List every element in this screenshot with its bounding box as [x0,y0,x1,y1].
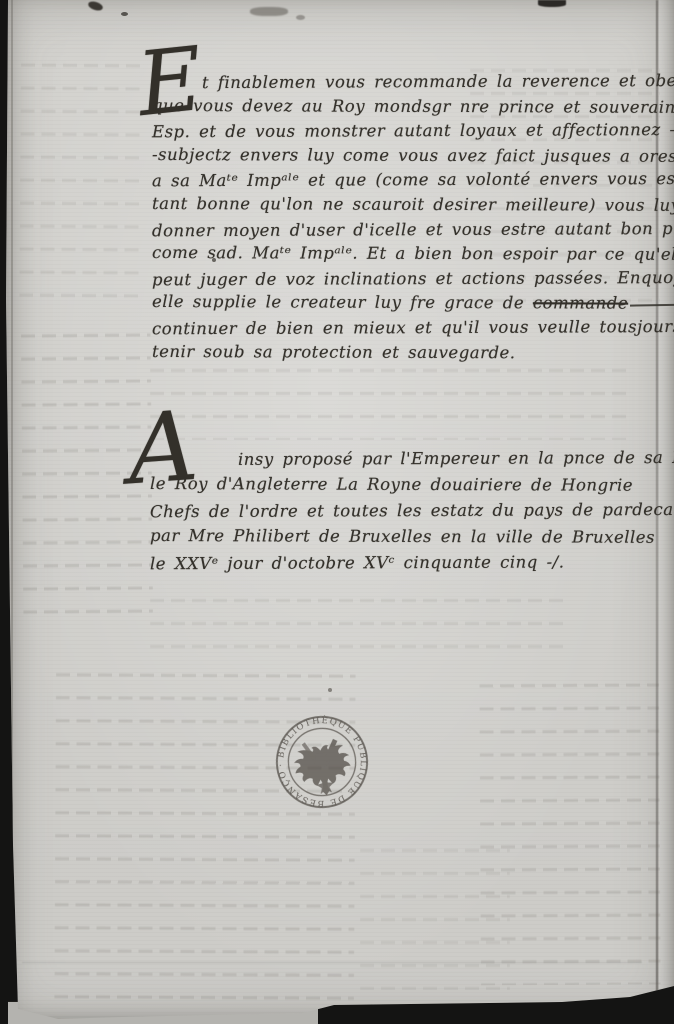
manuscript-line-with-correction: elle supplie le createur luy fre grace d… [152,290,674,317]
manuscript-line: que vous devez au Roy mondsgr nre prince… [152,94,674,121]
paragraph-closing-recommendation: t finablemen vous recommande la reverenc… [152,70,674,365]
paragraph-colophon: insy proposé par l'Empereur en la pnce d… [150,446,674,576]
manuscript-line: peut juger de voz inclinations et action… [152,265,674,292]
bleedthrough-text [360,840,510,990]
eagle-emblem-icon [291,736,354,799]
bleedthrough-text [150,360,630,440]
library-stamp: · BIBLIOTHÈQUE PUBLIQUE DE BESANÇON · [268,706,377,818]
ink-speck [538,0,566,7]
ink-speck [121,12,128,16]
ink-speck [87,0,104,12]
manuscript-line: t finablemen vous recommande la reverenc… [152,69,674,96]
manuscript-line: le XXVᵉ jour d'octobre XVᶜ cinquante cin… [150,549,674,577]
ink-smudge [250,7,288,16]
manuscript-line: continuer de bien en mieux et qu'il vous… [152,315,674,342]
bleedthrough-text [19,55,146,306]
left-fold-crease [11,0,13,840]
bleedthrough-text [150,590,570,660]
manuscript-line: a sa Maᵗᵉ Impᵃˡᵉ et que (come sa volonté… [152,167,674,194]
manuscript-page: E t finablemen vous recommande la revere… [0,0,674,1024]
manuscript-scan: { "page": { "paper_color": "#d7d6d2", "b… [0,0,674,1024]
manuscript-line: -subjectz envers luy come vous avez faic… [152,143,674,170]
manuscript-text: elle supplie le createur luy fre grace d… [152,292,533,312]
manuscript-line: le Roy d'Angleterre La Royne douairiere … [150,471,674,499]
struck-word: commande [533,294,628,313]
manuscript-line: Esp. et de vous monstrer autant loyaux e… [152,118,674,145]
manuscript-line: tenir soub sa protection et sauvegarde. [152,340,674,367]
ink-smudge [296,15,305,20]
manuscript-line: come sad. Maᵗᵉ Impᵃˡᵉ. Et a bien bon esp… [152,241,674,268]
strikethrough-line [630,303,674,307]
manuscript-line: insy proposé par l'Empereur en la pnce d… [150,445,674,473]
manuscript-line: par Mre Philibert de Bruxelles en la vil… [150,523,674,551]
manuscript-line: tant bonne qu'lon ne scauroit desirer me… [152,192,674,219]
manuscript-line: Chefs de l'ordre et toutes les estatz du… [150,497,674,525]
manuscript-line: donner moyen d'user d'icelle et vous est… [152,216,674,243]
